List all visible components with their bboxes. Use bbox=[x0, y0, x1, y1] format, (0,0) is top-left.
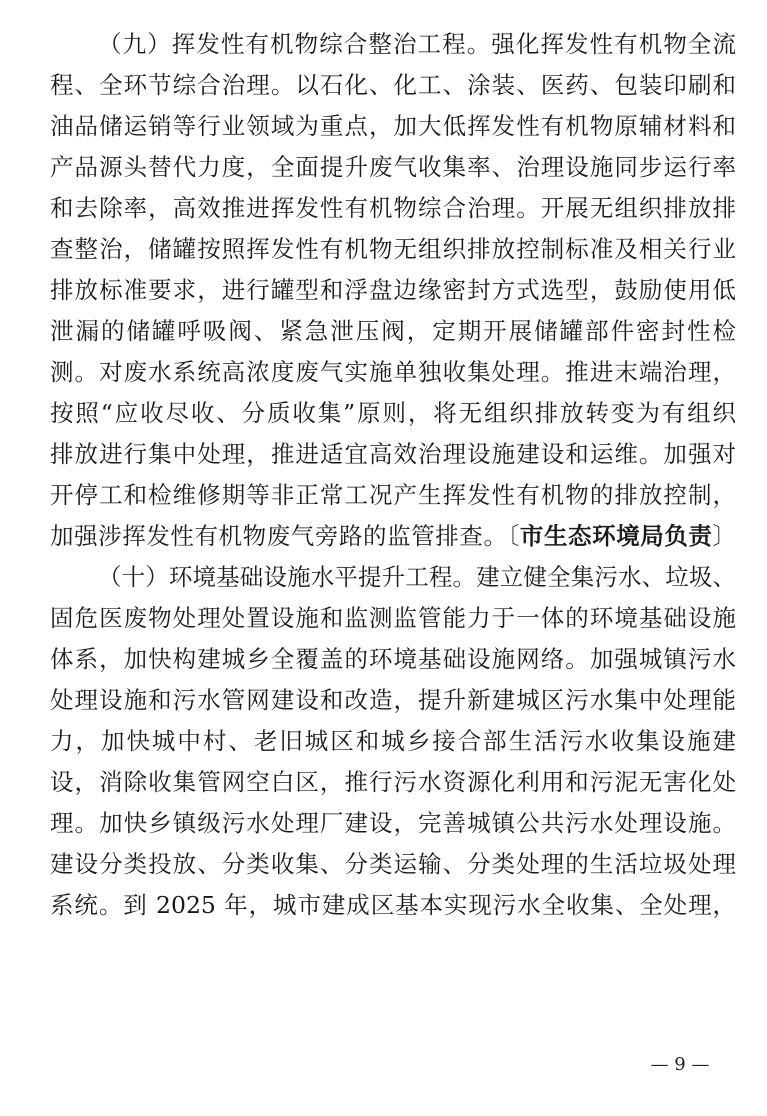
section-9-line-13: 加强涉挥发性有机物废气旁路的监管排查。〔市生态环境局负责〕 bbox=[50, 516, 736, 557]
section-10-line-7: 理。加快乡镇级污水处理厂建设，完善城镇公共污水处理设施。 bbox=[50, 803, 736, 844]
section-10-line-6: 设，消除收集管网空白区，推行污水资源化利用和污泥无害化处 bbox=[50, 762, 736, 803]
section-9-line-5: 和去除率，高效推进挥发性有机物综合治理。开展无组织排放排 bbox=[50, 188, 736, 229]
responsibility-text: 市生态环境局负责 bbox=[520, 522, 713, 550]
responsibility-bracket-open: 〔 bbox=[508, 522, 520, 550]
section-9-line-9: 测。对废水系统高浓度废气实施单独收集处理。推进末端治理， bbox=[50, 352, 736, 393]
section-9-line-8: 泄漏的储罐呼吸阀、紧急泄压阀，定期开展储罐部件密封性检 bbox=[50, 311, 736, 352]
section-9-line-6: 查整治，储罐按照挥发性有机物无组织排放控制标准及相关行业 bbox=[50, 229, 736, 270]
responsibility-bracket-close: 〕 bbox=[713, 522, 737, 550]
section-9-line-12: 开停工和检维修期等非正常工况产生挥发性有机物的排放控制， bbox=[50, 475, 736, 516]
section-9-line-7: 排放标准要求，进行罐型和浮盘边缘密封方式选型，鼓励使用低 bbox=[50, 270, 736, 311]
section-9-heading: （九）挥发性有机物综合整治工程。 bbox=[98, 30, 491, 58]
page-number: — 9 — bbox=[640, 1050, 720, 1080]
section-9-line-3: 油品储运销等行业领域为重点，加大低挥发性有机物原辅材料和 bbox=[50, 106, 736, 147]
section-9-line-1: （九）挥发性有机物综合整治工程。强化挥发性有机物全流 bbox=[98, 24, 736, 65]
document-page: （九）挥发性有机物综合整治工程。强化挥发性有机物全流 程、全环节综合治理。以石化… bbox=[0, 0, 767, 1116]
section-10-line-4: 处理设施和污水管网建设和改造，提升新建城区污水集中处理能 bbox=[50, 680, 736, 721]
section-10-line-8: 建设分类投放、分类收集、分类运输、分类处理的生活垃圾处理 bbox=[50, 844, 736, 885]
section-10-line-3: 体系，加快构建城乡全覆盖的环境基础设施网络。加强城镇污水 bbox=[50, 639, 736, 680]
section-10-line-2: 固危医废物处理处置设施和监测监管能力于一体的环境基础设施 bbox=[50, 598, 736, 639]
section-9-line-4: 产品源头替代力度，全面提升废气收集率、治理设施同步运行率 bbox=[50, 147, 736, 188]
section-10-line-5: 力，加快城中村、老旧城区和城乡接合部生活污水收集设施建 bbox=[50, 721, 736, 762]
section-9-text: 强化挥发性有机物全流 bbox=[491, 30, 736, 58]
section-10-text: 建立健全集污水、垃圾、 bbox=[476, 563, 736, 591]
section-10-heading: （十）环境基础设施水平提升工程。 bbox=[98, 563, 476, 591]
section-9-line-10: 按照“应收尽收、分质收集”原则，将无组织排放转变为有组织 bbox=[50, 393, 736, 434]
section-10-line-9: 系统。到 2025 年，城市建成区基本实现污水全收集、全处理， bbox=[50, 885, 736, 926]
section-9-line-2: 程、全环节综合治理。以石化、化工、涂装、医药、包装印刷和 bbox=[50, 65, 736, 106]
section-9-line-11: 排放进行集中处理，推进适宜高效治理设施建设和运维。加强对 bbox=[50, 434, 736, 475]
section-9-text-end: 加强涉挥发性有机物废气旁路的监管排查。 bbox=[50, 522, 508, 550]
section-10-line-1: （十）环境基础设施水平提升工程。建立健全集污水、垃圾、 bbox=[98, 557, 736, 598]
